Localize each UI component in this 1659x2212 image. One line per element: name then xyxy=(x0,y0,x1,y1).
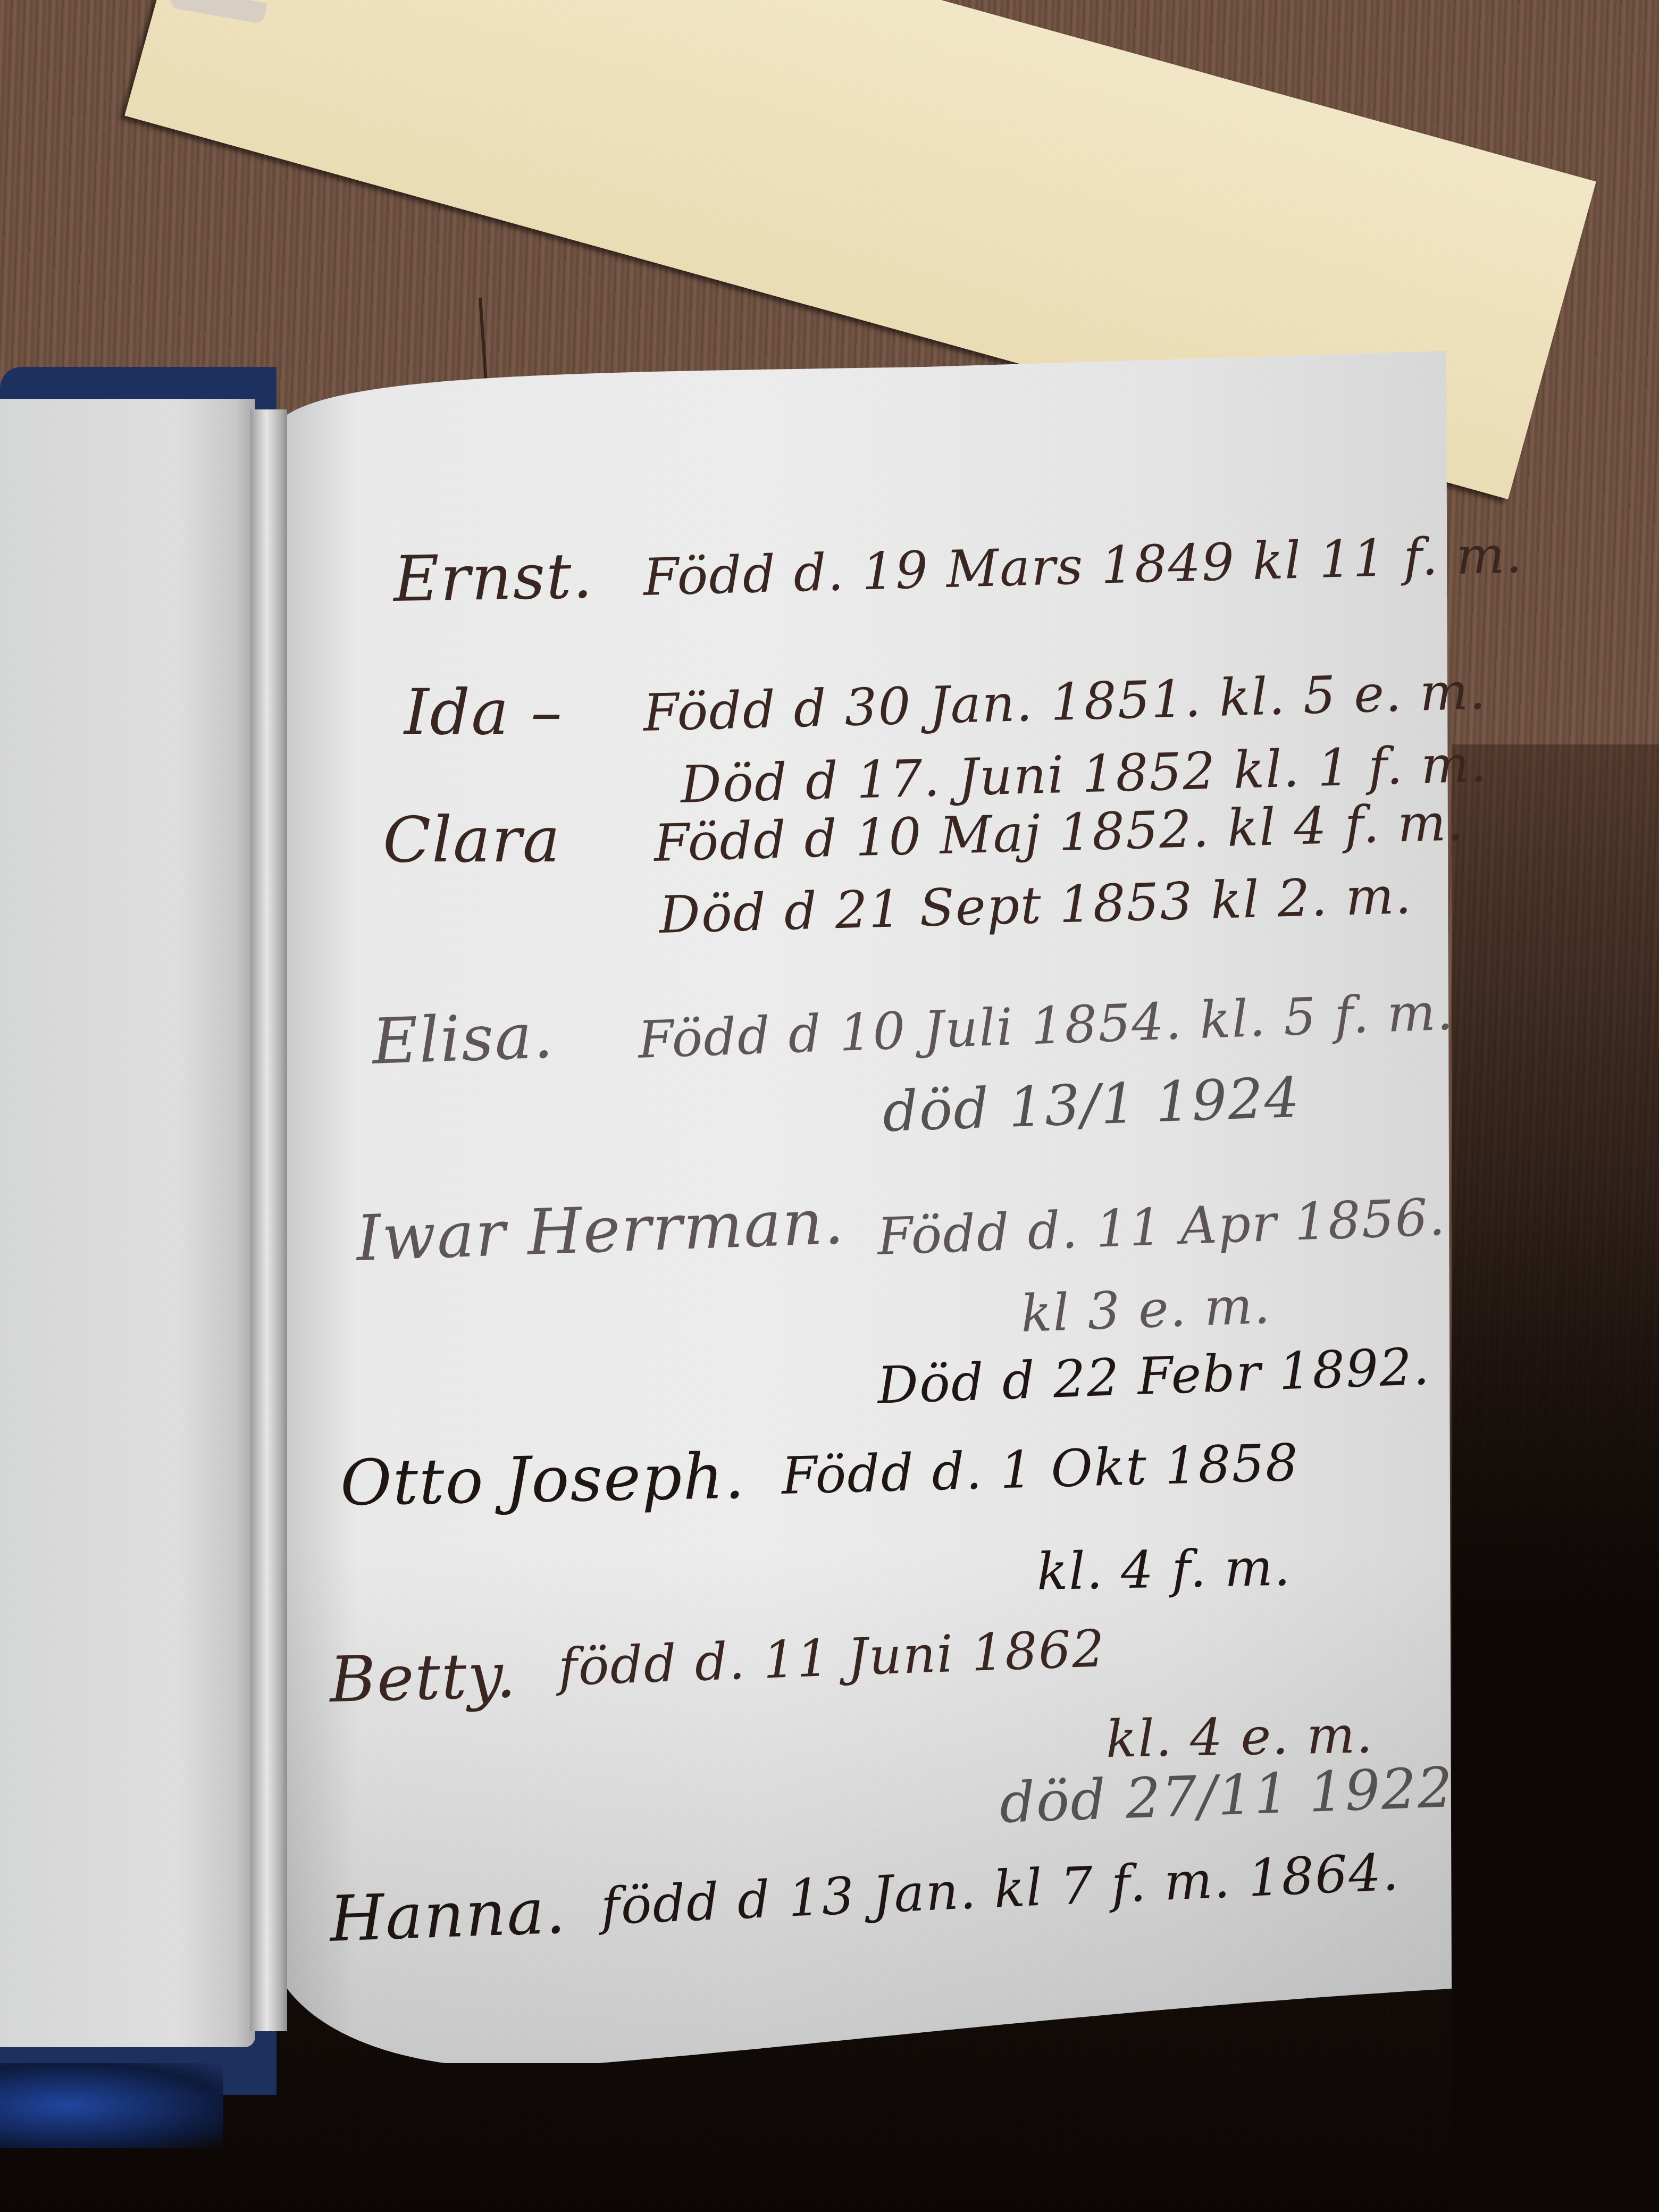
entry-birth-time: kl. 4 f. m. xyxy=(1036,1538,1292,1602)
book-gutter xyxy=(250,409,287,2031)
entry-name: Otto Joseph. xyxy=(340,1439,746,1520)
table-shadow xyxy=(1452,744,1659,2212)
entry-name: Elisa. xyxy=(371,999,556,1078)
left-page xyxy=(0,399,255,2047)
entry-name: Betty. xyxy=(329,1638,517,1716)
entry-name: Ernst. xyxy=(393,539,594,616)
entry-name: Clara xyxy=(383,803,561,876)
entry-name: Hanna. xyxy=(329,1874,568,1956)
book-cover-corner xyxy=(0,2063,223,2148)
entry-name: Ida – xyxy=(404,675,563,749)
entry-birth-time: kl 3 e. m. xyxy=(1020,1276,1272,1344)
